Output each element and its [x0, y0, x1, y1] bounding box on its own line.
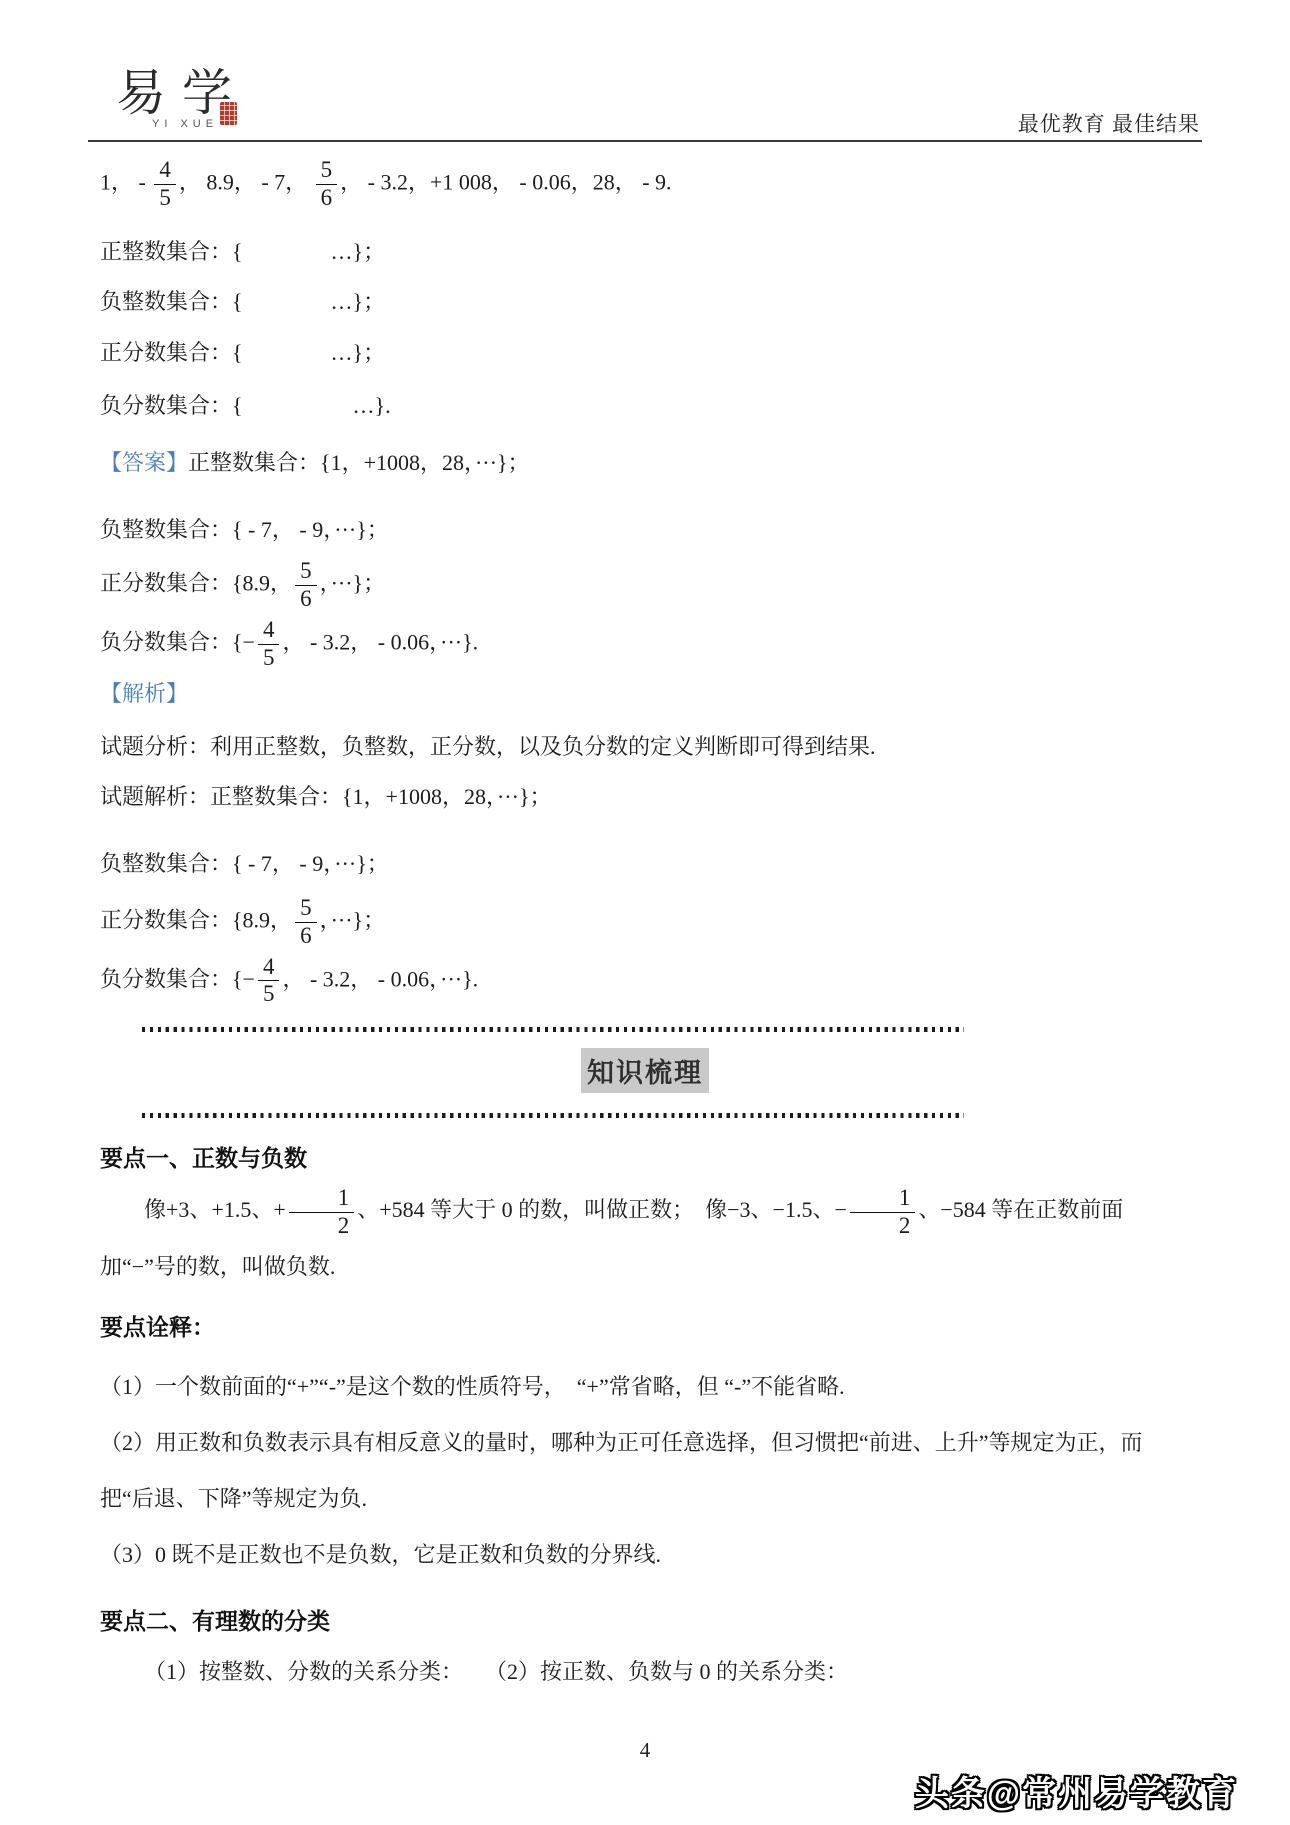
section-heading: 知识梳理: [100, 1048, 1190, 1093]
fraction-4-5: 45: [258, 618, 280, 671]
numbers-segment: ， 8.9， - 7，: [179, 169, 313, 194]
text-segment: 负分数集合：{−: [100, 966, 255, 991]
analysis-negative-fractions: 负分数集合：{−45， - 3.2， - 0.06，···}.: [100, 955, 1190, 1008]
fraction-5-6: 56: [316, 158, 338, 211]
text-segment: ，···}；: [320, 907, 386, 932]
document-body: 1， - 45， 8.9， - 7， 56， - 3.2，+1 008， - 0…: [0, 158, 1290, 1700]
analysis-summary: 试题分析：利用正整数，负整数，正分数，以及负分数的定义判断即可得到结果.: [100, 732, 1190, 763]
fraction-1-2: 12: [850, 1186, 916, 1239]
problem-numbers-line: 1， - 45， 8.9， - 7， 56， - 3.2，+1 008， - 0…: [100, 158, 1190, 211]
document-page: 易学 YI XUE 最优教育 最佳结果 1， - 45， 8.9， - 7， 5…: [0, 0, 1290, 1825]
text-segment: ， - 3.2， - 0.06，···}.: [282, 629, 478, 654]
text-segment: ， - 3.2， - 0.06，···}.: [282, 966, 478, 991]
text-segment: ，···}；: [320, 571, 386, 596]
text-segment: 正分数集合：{8.9，: [100, 571, 292, 596]
numbers-segment: ， - 3.2，+1 008， - 0.06，28， - 9.: [340, 169, 671, 194]
answer-negative-fractions: 负分数集合：{−45， - 3.2， - 0.06，···}.: [100, 618, 1190, 671]
section-heading-text: 知识梳理: [581, 1048, 709, 1093]
watermark: 头条@常州易学教育: [915, 1766, 1238, 1815]
analysis-positive-fractions: 正分数集合：{8.9，56，···}；: [100, 896, 1190, 949]
header-tagline: 最优教育 最佳结果: [1018, 108, 1200, 138]
classification-line: （1）按整数、分数的关系分类： （2）按正数、负数与 0 的关系分类：: [100, 1644, 1190, 1700]
dotted-divider-bottom: [142, 1113, 964, 1118]
page-header: 易学 YI XUE 最优教育 最佳结果: [88, 0, 1202, 142]
numbers-segment: 1， -: [100, 169, 151, 194]
analysis-label: 【解析】: [100, 679, 1190, 710]
logo-subtext: YI XUE: [152, 118, 218, 130]
key-note-2: （2）用正数和负数表示具有相反意义的量时，哪种为正可任意选择，但习惯把“前进、上…: [100, 1415, 1190, 1527]
answer-label: 【答案】: [100, 450, 188, 475]
set-line-negative-integers: 负整数集合：{ …}；: [100, 287, 1190, 318]
key-point-1-title: 要点一、正数与负数: [100, 1142, 1190, 1174]
dotted-divider-top: [142, 1027, 964, 1032]
fraction-4-5: 45: [258, 955, 280, 1008]
text-segment: 负分数集合：{−: [100, 629, 255, 654]
fraction-5-6: 56: [295, 559, 317, 612]
key-point-2-title: 要点二、有理数的分类: [100, 1605, 1190, 1637]
fraction-5-6: 56: [295, 896, 317, 949]
set-line-positive-fractions: 正分数集合：{ …}；: [100, 338, 1190, 369]
set-line-negative-fractions: 负分数集合：{ …}.: [100, 391, 1190, 422]
key-point-1-paragraph: 像+3、+1.5、+12、+584 等大于 0 的数，叫做正数； 像−3、−1.…: [100, 1182, 1190, 1294]
answer-negative-integers: 负整数集合：{ - 7， - 9，···}；: [100, 515, 1190, 546]
answer-positive-fractions: 正分数集合：{8.9，56，···}；: [100, 559, 1190, 612]
key-note-3: （3）0 既不是正数也不是负数，它是正数和负数的分界线.: [100, 1527, 1190, 1583]
seal-icon: [220, 102, 237, 125]
fraction-4-5: 45: [154, 158, 176, 211]
fraction-1-2: 12: [289, 1186, 355, 1239]
analysis-positive-integers: 试题解析：正整数集合：{1，+1008，28，···}；: [100, 782, 1190, 813]
text-segment: 像+3、+1.5、+: [144, 1197, 286, 1222]
key-notes-title: 要点诠释：: [100, 1311, 1190, 1343]
text-segment: 、+584 等大于 0 的数，叫做正数； 像−3、−1.5、−: [357, 1197, 847, 1222]
page-number: 4: [0, 1738, 1290, 1763]
set-line-positive-integers: 正整数集合：{ …}；: [100, 237, 1190, 268]
analysis-negative-integers: 负整数集合：{ - 7， - 9，···}；: [100, 849, 1190, 880]
text-segment: 正分数集合：{8.9，: [100, 907, 292, 932]
answer-label-line: 【答案】正整数集合：{1，+1008，28，···}；: [100, 448, 1190, 479]
key-note-1: （1）一个数前面的“+”“-”是这个数的性质符号， “+”常省略，但 “-”不能…: [100, 1359, 1190, 1415]
answer-positive-integers: 正整数集合：{1，+1008，28，···}；: [188, 450, 530, 475]
